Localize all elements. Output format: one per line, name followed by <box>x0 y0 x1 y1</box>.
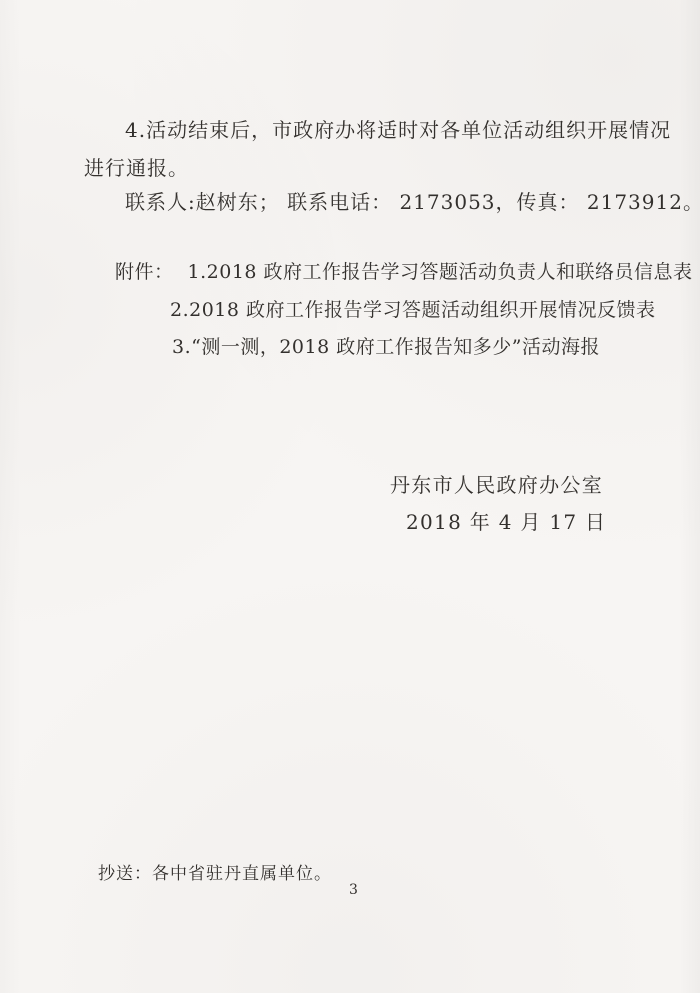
contact-line: 联系人:赵树东； 联系电话： 2173053，传真： 2173912。 <box>125 186 700 215</box>
document-page: 4.活动结束后，市政府办将适时对各单位活动组织开展情况 进行通报。 联系人:赵树… <box>0 0 700 993</box>
body-paragraph-line-2: 进行通报。 <box>84 152 189 181</box>
signature-date: 2018 年 4 月 17 日 <box>406 506 606 535</box>
attachment-item-3: 3.“测一测，2018 政府工作报告知多少”活动海报 <box>172 332 600 359</box>
attachment-item-1: 1.2018 政府工作报告学习答题活动负责人和联络员信息表 <box>188 261 693 283</box>
page-number: 3 <box>349 882 358 898</box>
attachments-row-1: 附件：1.2018 政府工作报告学习答题活动负责人和联络员信息表 <box>115 257 693 284</box>
attachments-label: 附件： <box>115 261 174 283</box>
signature-org: 丹东市人民政府办公室 <box>390 469 603 498</box>
cc-line: 抄送：各中省驻丹直属单位。 <box>98 859 332 884</box>
body-paragraph-line-1: 4.活动结束后，市政府办将适时对各单位活动组织开展情况 <box>125 114 671 143</box>
attachment-item-2: 2.2018 政府工作报告学习答题活动组织开展情况反馈表 <box>170 295 656 322</box>
